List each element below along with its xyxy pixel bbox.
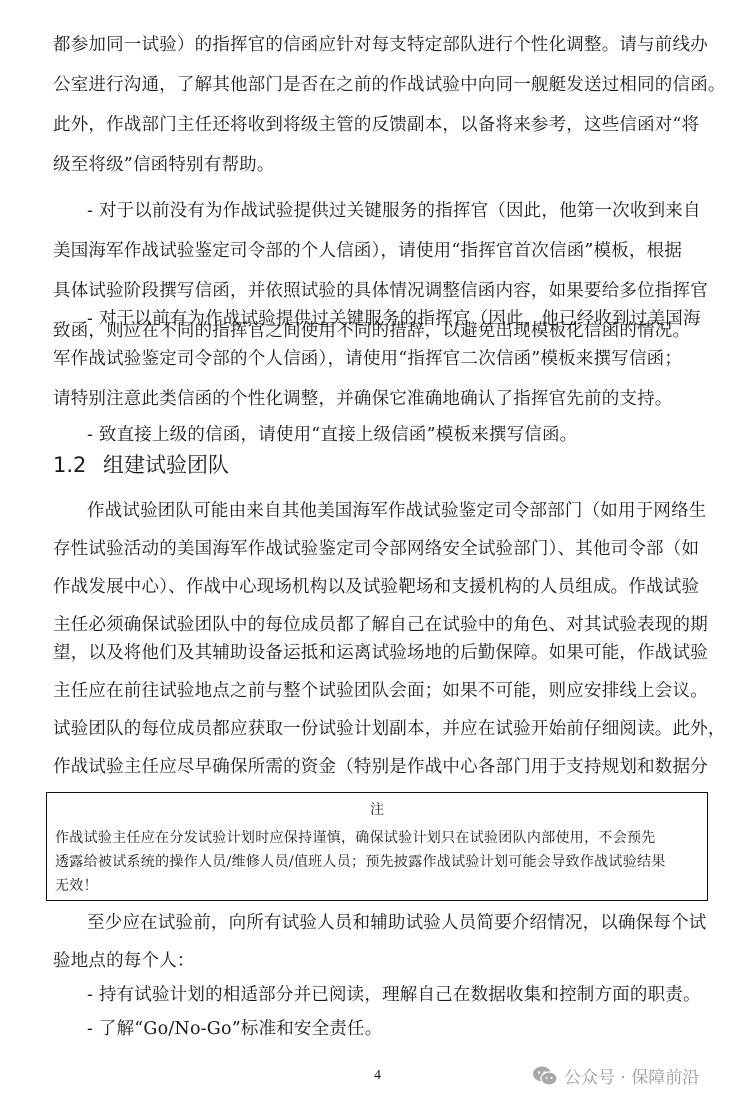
text-line: 美国海军作战试验鉴定司令部的个人信函），请使用“指挥官首次信函”模板，根据	[53, 240, 682, 262]
section-title: 组建试验团队	[103, 453, 229, 477]
text-line: 公室进行沟通，了解其他部门是否在之前的作战试验中向同一舰艇发送过相同的信函。	[53, 74, 726, 96]
text-line: 存性试验活动的美国海军作战试验鉴定司令部网络安全试验部门）、其他司令部（如	[53, 538, 699, 560]
text-line: 主任应在前往试验地点之前与整个试验团队会面；如果不可能，则应安排线上会议。	[53, 680, 708, 702]
note-title: 注	[47, 799, 707, 819]
text-line: 验地点的每个人：	[53, 950, 195, 972]
text-line: 军作战试验鉴定司令部的个人信函），请使用“指挥官二次信函”模板来撰写信函；	[53, 348, 682, 370]
text-line: 试验团队的每位成员都应获取一份试验计划副本，并应在试验开始前仔细阅读。此外，	[53, 718, 726, 740]
text-line: 具体试验阶段撰写信函，并依照试验的具体情况调整信函内容，如果要给多位指挥官	[53, 280, 708, 302]
bullet-item: - 持有试验计划的相适部分并已阅读，理解自己在数据收集和控制方面的职责。	[87, 984, 701, 1006]
text-line: 作战试验团队可能由来自其他美国海军作战试验鉴定司令部部门（如用于网络生	[87, 500, 707, 522]
note-box: 注 作战试验主任应在分发试验计划时应保持谨慎，确保试验计划只在试验团队内部使用，…	[46, 792, 708, 901]
section-heading: 1.2组建试验团队	[53, 451, 229, 479]
text-line: 主任必须确保试验团队中的每位成员都了解自己在试验中的角色、对其试验表现的期	[53, 614, 708, 636]
bullet-item: - 致直接上级的信函，请使用“直接上级信函”模板来撰写信函。	[87, 424, 577, 446]
note-line: 作战试验主任应在分发试验计划时应保持谨慎，确保试验计划只在试验团队内部使用，不会…	[55, 827, 656, 847]
wechat-icon	[532, 1065, 558, 1087]
text-line: 请特别注意此类信函的个性化调整，并确保它准确地确认了指挥官先前的支持。	[53, 388, 673, 410]
text-line: 作战发展中心）、作战中心现场机构以及试验靶场和支援机构的人员组成。作战试验	[53, 576, 699, 598]
bullet-item: - 对于以前有为作战试验提供过关键服务的指挥官（因此，他已经收到过美国海	[87, 308, 701, 330]
text-line: 此外，作战部门主任还将收到将级主管的反馈副本，以备将来参考，这些信函对“将	[53, 114, 699, 136]
bullet-item: - 了解“Go/No-Go”标准和安全责任。	[87, 1018, 382, 1040]
watermark-text: 公众号 · 保障前沿	[564, 1063, 699, 1088]
bullet-item: - 对于以前没有为作战试验提供过关键服务的指挥官（因此，他第一次收到来自	[87, 200, 701, 222]
text-line: 望，以及将他们及其辅助设备运抵和运离试验场地的后勤保障。如果可能，作战试验	[53, 642, 708, 664]
text-line: 级至将级”信函特别有帮助。	[53, 154, 275, 176]
note-line: 无效！	[55, 875, 98, 895]
page-number: 4	[374, 1068, 381, 1084]
section-number: 1.2	[53, 451, 103, 479]
text-line: 作战试验主任应尽早确保所需的资金（特别是作战中心各部门用于支持规划和数据分	[53, 756, 708, 778]
text-line: 至少应在试验前，向所有试验人员和辅助试验人员简要介绍情况，以确保每个试	[87, 912, 707, 934]
watermark: 公众号 · 保障前沿	[532, 1063, 699, 1088]
note-line: 透露给被试系统的操作人员/维修人员/值班人员；预先披露作战试验计划可能会导致作战…	[55, 851, 666, 871]
text-line: 都参加同一试验）的指挥官的信函应针对每支特定部队进行个性化调整。请与前线办	[53, 34, 708, 56]
